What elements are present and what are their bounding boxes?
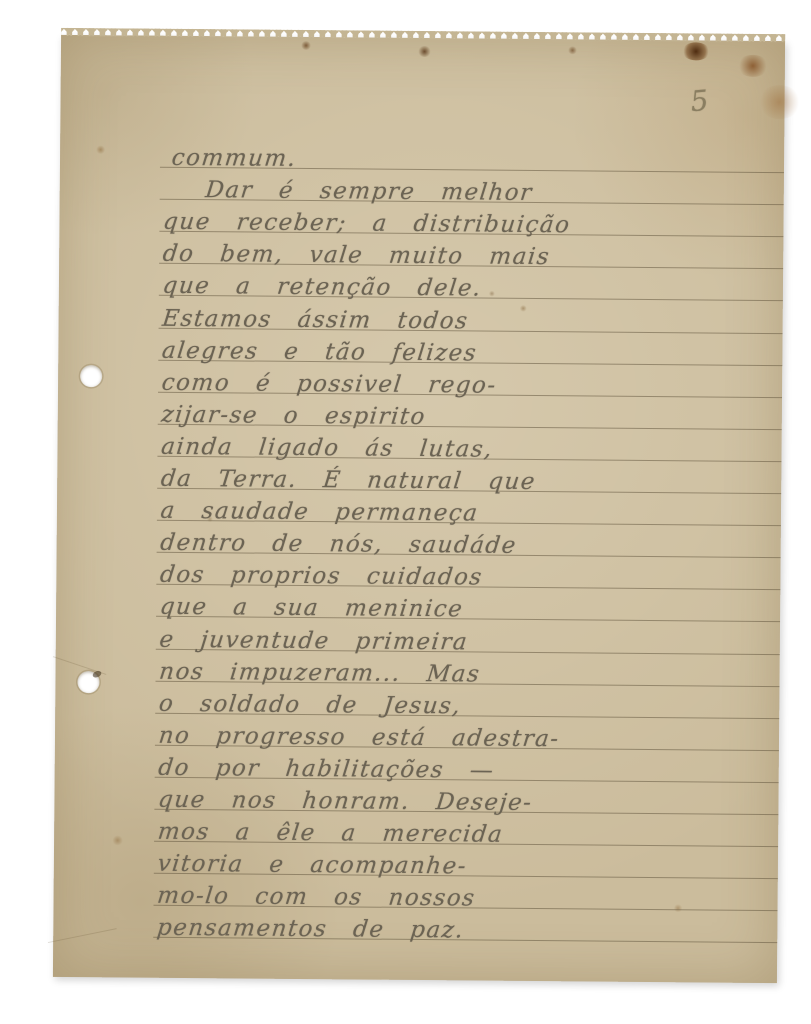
foxing-spot	[96, 145, 105, 154]
handwriting-text: que a retenção dele.	[157, 275, 483, 301]
handwriting-text: zijar-se o espirito	[156, 404, 427, 429]
handwriting-text: pensamentos de paz.	[152, 917, 466, 943]
hole-punch-top	[80, 365, 102, 387]
manuscript-line: mo-lo com os nossos	[154, 874, 778, 912]
handwriting-text: o soldado de Jesus,	[154, 692, 463, 718]
handwriting-text: a saudade permaneça	[155, 500, 479, 526]
manuscript-line: dentro de nós, saudáde	[157, 521, 781, 559]
handwriting-text: nos impuzeram... Mas	[154, 660, 482, 686]
handwriting-text: alegres e tão felizes	[157, 339, 479, 365]
manuscript-line: commum.	[160, 136, 784, 174]
handwriting-text: que receber; a distribuição	[158, 211, 572, 238]
manuscript-line: do bem, vale muito mais	[159, 232, 783, 270]
handwriting-text: Dar é sempre melhor	[158, 179, 534, 205]
handwriting-text: mos a êle a merecida	[153, 821, 505, 847]
stain-spot	[757, 85, 801, 119]
manuscript-body: commum. Dar é sempre melhor que receber;…	[153, 136, 784, 944]
manuscript-line: nos impuzeram... Mas	[155, 649, 779, 687]
manuscript-line: ainda ligado ás lutas,	[157, 425, 781, 463]
manuscript-line: Estamos ássim todos	[159, 296, 783, 334]
handwriting-text: que nos honram. Deseje-	[153, 789, 534, 815]
manuscript-line: alegres e tão felizes	[158, 328, 782, 366]
stain-spot	[418, 46, 431, 57]
manuscript-line: e juventude primeira	[156, 617, 780, 655]
page-number: 5	[689, 84, 710, 119]
manuscript-line: dos proprios cuidados	[156, 553, 780, 591]
handwriting-text: dos proprios cuidados	[155, 564, 484, 590]
foxing-spot	[112, 835, 123, 845]
letter-page: 5 commum. Dar é sempre melhor que recebe…	[53, 35, 785, 983]
handwriting-text: que a sua meninice	[155, 596, 465, 622]
handwriting-text: da Terra. É natural que	[156, 468, 538, 494]
handwriting-text: commum.	[158, 147, 297, 171]
handwriting-text: e juventude primeira	[154, 628, 469, 654]
manuscript-line: que a retenção dele.	[159, 264, 783, 302]
torn-edge	[61, 28, 785, 42]
handwriting-text: como é possivel rego-	[156, 371, 497, 397]
handwriting-text: vitoria e acompanhe-	[152, 853, 468, 879]
handwriting-text: no progresso está adestra-	[153, 724, 560, 751]
handwriting-text: do por habilitações —	[153, 757, 496, 783]
document-scan: 5 commum. Dar é sempre melhor que recebe…	[0, 0, 811, 1024]
handwriting-text: ainda ligado ás lutas,	[156, 436, 494, 462]
stain-spot	[301, 41, 311, 50]
hole-punch-bottom	[77, 671, 99, 693]
manuscript-line: pensamentos de paz.	[153, 906, 777, 944]
handwriting-text: do bem, vale muito mais	[158, 243, 552, 269]
paper-crease	[48, 928, 117, 943]
manuscript-line: no progresso está adestra-	[155, 713, 779, 751]
manuscript-line: Dar é sempre melhor	[160, 168, 784, 206]
handwriting-text: Estamos ássim todos	[157, 307, 470, 333]
stain-spot	[682, 42, 710, 60]
manuscript-line: que a sua meninice	[156, 585, 780, 623]
handwriting-text: dentro de nós, saudáde	[155, 532, 518, 558]
stain-spot	[737, 55, 769, 77]
manuscript-line: que receber; a distribuição	[159, 200, 783, 238]
stain-spot	[568, 46, 577, 54]
handwriting-text: mo-lo com os nossos	[152, 885, 477, 911]
